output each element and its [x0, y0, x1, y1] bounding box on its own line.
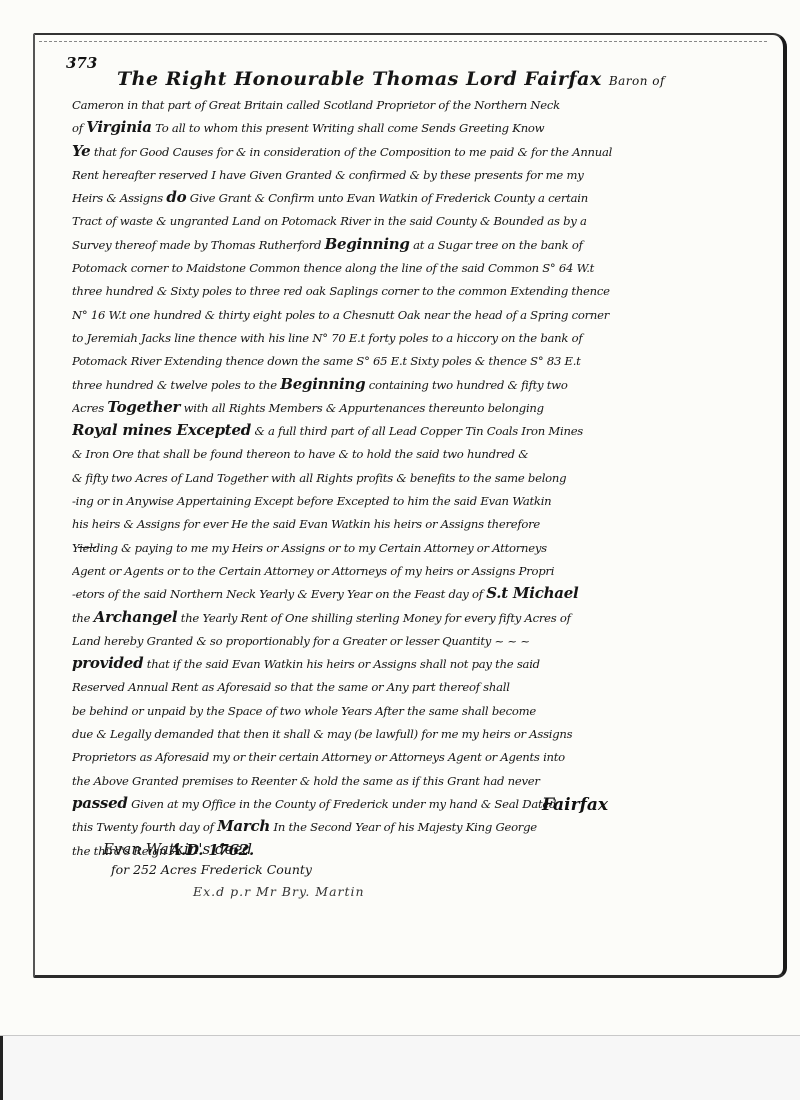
deed-line-text: Given at my Office in the County of Fred… — [128, 797, 557, 811]
deed-line-text: Tract of waste & ungranted Land on Potom… — [72, 214, 587, 228]
deed-line: three hundred & Sixty poles to three red… — [72, 279, 697, 302]
deed-line: this Twenty fourth day of March In the S… — [72, 815, 697, 838]
deed-line-text: containing two hundred & fifty two — [365, 378, 567, 392]
deed-line-text: three hundred & twelve poles to the — [72, 378, 280, 392]
deed-line: Potomack corner to Maidstone Common then… — [72, 256, 697, 279]
deed-title-line: The Right Honourable Thomas Lord Fairfax… — [72, 66, 697, 93]
deed-line: Agent or Agents or to the Certain Attorn… — [72, 559, 697, 582]
deed-line-text: & Iron Ore that shall be found thereon t… — [72, 447, 528, 461]
deed-line: -etors of the said Northern Neck Yearly … — [72, 582, 697, 605]
deed-line-emphasis: March — [217, 817, 270, 835]
deed-line-text: three hundred & Sixty poles to three red… — [72, 284, 610, 298]
deed-line-text: -ing or in Anywise Appertaining Except b… — [72, 494, 551, 508]
deed-line-text: Potomack corner to Maidstone Common then… — [72, 261, 594, 275]
deed-line-emphasis: Virginia — [86, 118, 152, 136]
endorsement-line-2: for 252 Acres Frederick County — [103, 862, 365, 884]
deed-line-text: Potomack River Extending thence down the… — [72, 354, 581, 368]
deed-body: The Right Honourable Thomas Lord Fairfax… — [72, 66, 697, 862]
deed-line: -ing or in Anywise Appertaining Except b… — [72, 489, 697, 512]
deed-line: the Archangel the Yearly Rent of One shi… — [72, 606, 697, 629]
deed-line: to Jeremiah Jacks line thence with his l… — [72, 326, 697, 349]
deed-line-text: Yielding & paying to me my Heirs or Assi… — [72, 541, 547, 555]
deed-line-text: that for Good Causes for & in considerat… — [90, 145, 612, 159]
deed-line: Rent hereafter reserved I have Given Gra… — [72, 163, 697, 186]
deed-line: Ye that for Good Causes for & in conside… — [72, 140, 697, 163]
deed-line-text: Agent or Agents or to the Certain Attorn… — [72, 564, 554, 578]
deed-line-text: -etors of the said Northern Neck Yearly … — [72, 587, 486, 601]
deed-line-text: this Twenty fourth day of — [72, 820, 217, 834]
deed-line: provided that if the said Evan Watkin hi… — [72, 652, 697, 675]
deed-line: Acres Together with all Rights Members &… — [72, 396, 697, 419]
deed-line: be behind or unpaid by the Space of two … — [72, 699, 697, 722]
deed-line: his heirs & Assigns for ever He the said… — [72, 512, 697, 535]
deed-line-text: to Jeremiah Jacks line thence with his l… — [72, 331, 582, 345]
deed-line-text: his heirs & Assigns for ever He the said… — [72, 517, 540, 531]
deed-line: Reserved Annual Rent as Aforesaid so tha… — [72, 675, 697, 698]
deed-line-emphasis: Beginning — [325, 235, 410, 253]
endorsement-line-3: Ex.d p.r Mr Bry. Martin — [103, 884, 365, 906]
deed-line: N° 16 W.t one hundred & thirty eight pol… — [72, 303, 697, 326]
margin-dash — [78, 547, 96, 548]
deed-title: The Right Honourable Thomas Lord Fairfax — [117, 68, 602, 90]
deed-line-text: of — [72, 121, 86, 135]
deed-line: the Above Granted premises to Reenter & … — [72, 769, 697, 792]
deed-line-text: Give Grant & Confirm unto Evan Watkin of… — [186, 191, 588, 205]
deed-line-text: & fifty two Acres of Land Together with … — [72, 471, 566, 485]
deed-line-text: Rent hereafter reserved I have Given Gra… — [72, 168, 584, 182]
deed-line-text: To all to whom this present Writing shal… — [152, 121, 545, 135]
deed-line-text: with all Rights Members & Appurtenances … — [180, 401, 544, 415]
scanner-edge — [0, 1036, 3, 1100]
deed-line-text: the Above Granted premises to Reenter & … — [72, 774, 540, 788]
deed-line: Land hereby Granted & so proportionably … — [72, 629, 697, 652]
deed-line-text: at a Sugar tree on the bank of — [410, 238, 583, 252]
deed-line-text: N° 16 W.t one hundred & thirty eight pol… — [72, 308, 609, 322]
deed-line-text: that if the said Evan Watkin his heirs o… — [143, 657, 539, 671]
deed-line-emphasis: Together — [107, 398, 180, 416]
deed-line: Tract of waste & ungranted Land on Potom… — [72, 209, 697, 232]
deed-line-emphasis: Archangel — [94, 608, 178, 626]
endorsement: Evan Watkin's deed for 252 Acres Frederi… — [103, 840, 365, 906]
deed-line-text: due & Legally demanded that then it shal… — [72, 727, 572, 741]
deed-line: & Iron Ore that shall be found thereon t… — [72, 442, 697, 465]
deed-line: Heirs & Assigns do Give Grant & Confirm … — [72, 186, 697, 209]
deed-line-emphasis: Beginning — [280, 375, 365, 393]
deed-line: Royal mines Excepted & a full third part… — [72, 419, 697, 442]
deed-line-text: Acres — [72, 401, 107, 415]
deed-line: Cameron in that part of Great Britain ca… — [72, 93, 697, 116]
deed-line-emphasis: S.t Michael — [486, 584, 578, 602]
deed-line-text: In the Second Year of his Majesty King G… — [270, 820, 537, 834]
scanner-bottom-strip — [0, 1035, 800, 1100]
scanned-page: 373 The Right Honourable Thomas Lord Fai… — [0, 0, 800, 1035]
deed-line: Potomack River Extending thence down the… — [72, 349, 697, 372]
deed-line-text: be behind or unpaid by the Space of two … — [72, 704, 536, 718]
deed-line-emphasis: Ye — [72, 142, 90, 160]
deed-line-emphasis: do — [166, 188, 186, 206]
deed-line: Yielding & paying to me my Heirs or Assi… — [72, 536, 697, 559]
deed-line: & fifty two Acres of Land Together with … — [72, 466, 697, 489]
deed-line-emphasis: passed — [72, 794, 128, 812]
deed-line: of Virginia To all to whom this present … — [72, 116, 697, 139]
deed-line-text: Survey thereof made by Thomas Rutherford — [72, 238, 325, 252]
endorsement-line-1: Evan Watkin's deed — [103, 840, 365, 862]
deed-line: due & Legally demanded that then it shal… — [72, 722, 697, 745]
deed-title-suffix: Baron of — [609, 74, 665, 88]
deed-line-text: & a full third part of all Lead Copper T… — [251, 424, 583, 438]
deed-line-emphasis: provided — [72, 654, 143, 672]
inner-border-line — [39, 41, 767, 43]
deed-line-text: Reserved Annual Rent as Aforesaid so tha… — [72, 680, 510, 694]
deed-line-text: Proprietors as Aforesaid my or their cer… — [72, 750, 565, 764]
deed-line-text: Heirs & Assigns — [72, 191, 166, 205]
deed-line: Survey thereof made by Thomas Rutherford… — [72, 233, 697, 256]
deed-line-text: the Yearly Rent of One shilling sterling… — [177, 611, 570, 625]
deed-line: three hundred & twelve poles to the Begi… — [72, 373, 697, 396]
deed-line: Proprietors as Aforesaid my or their cer… — [72, 745, 697, 768]
deed-line-emphasis: Royal mines Excepted — [72, 421, 251, 439]
signature-fairfax: Fairfax — [542, 795, 608, 815]
deed-line-text: the — [72, 611, 94, 625]
deed-line-text: Land hereby Granted & so proportionably … — [72, 634, 530, 648]
deed-line-text: Cameron in that part of Great Britain ca… — [72, 98, 560, 112]
deed-lines: Cameron in that part of Great Britain ca… — [72, 93, 697, 862]
